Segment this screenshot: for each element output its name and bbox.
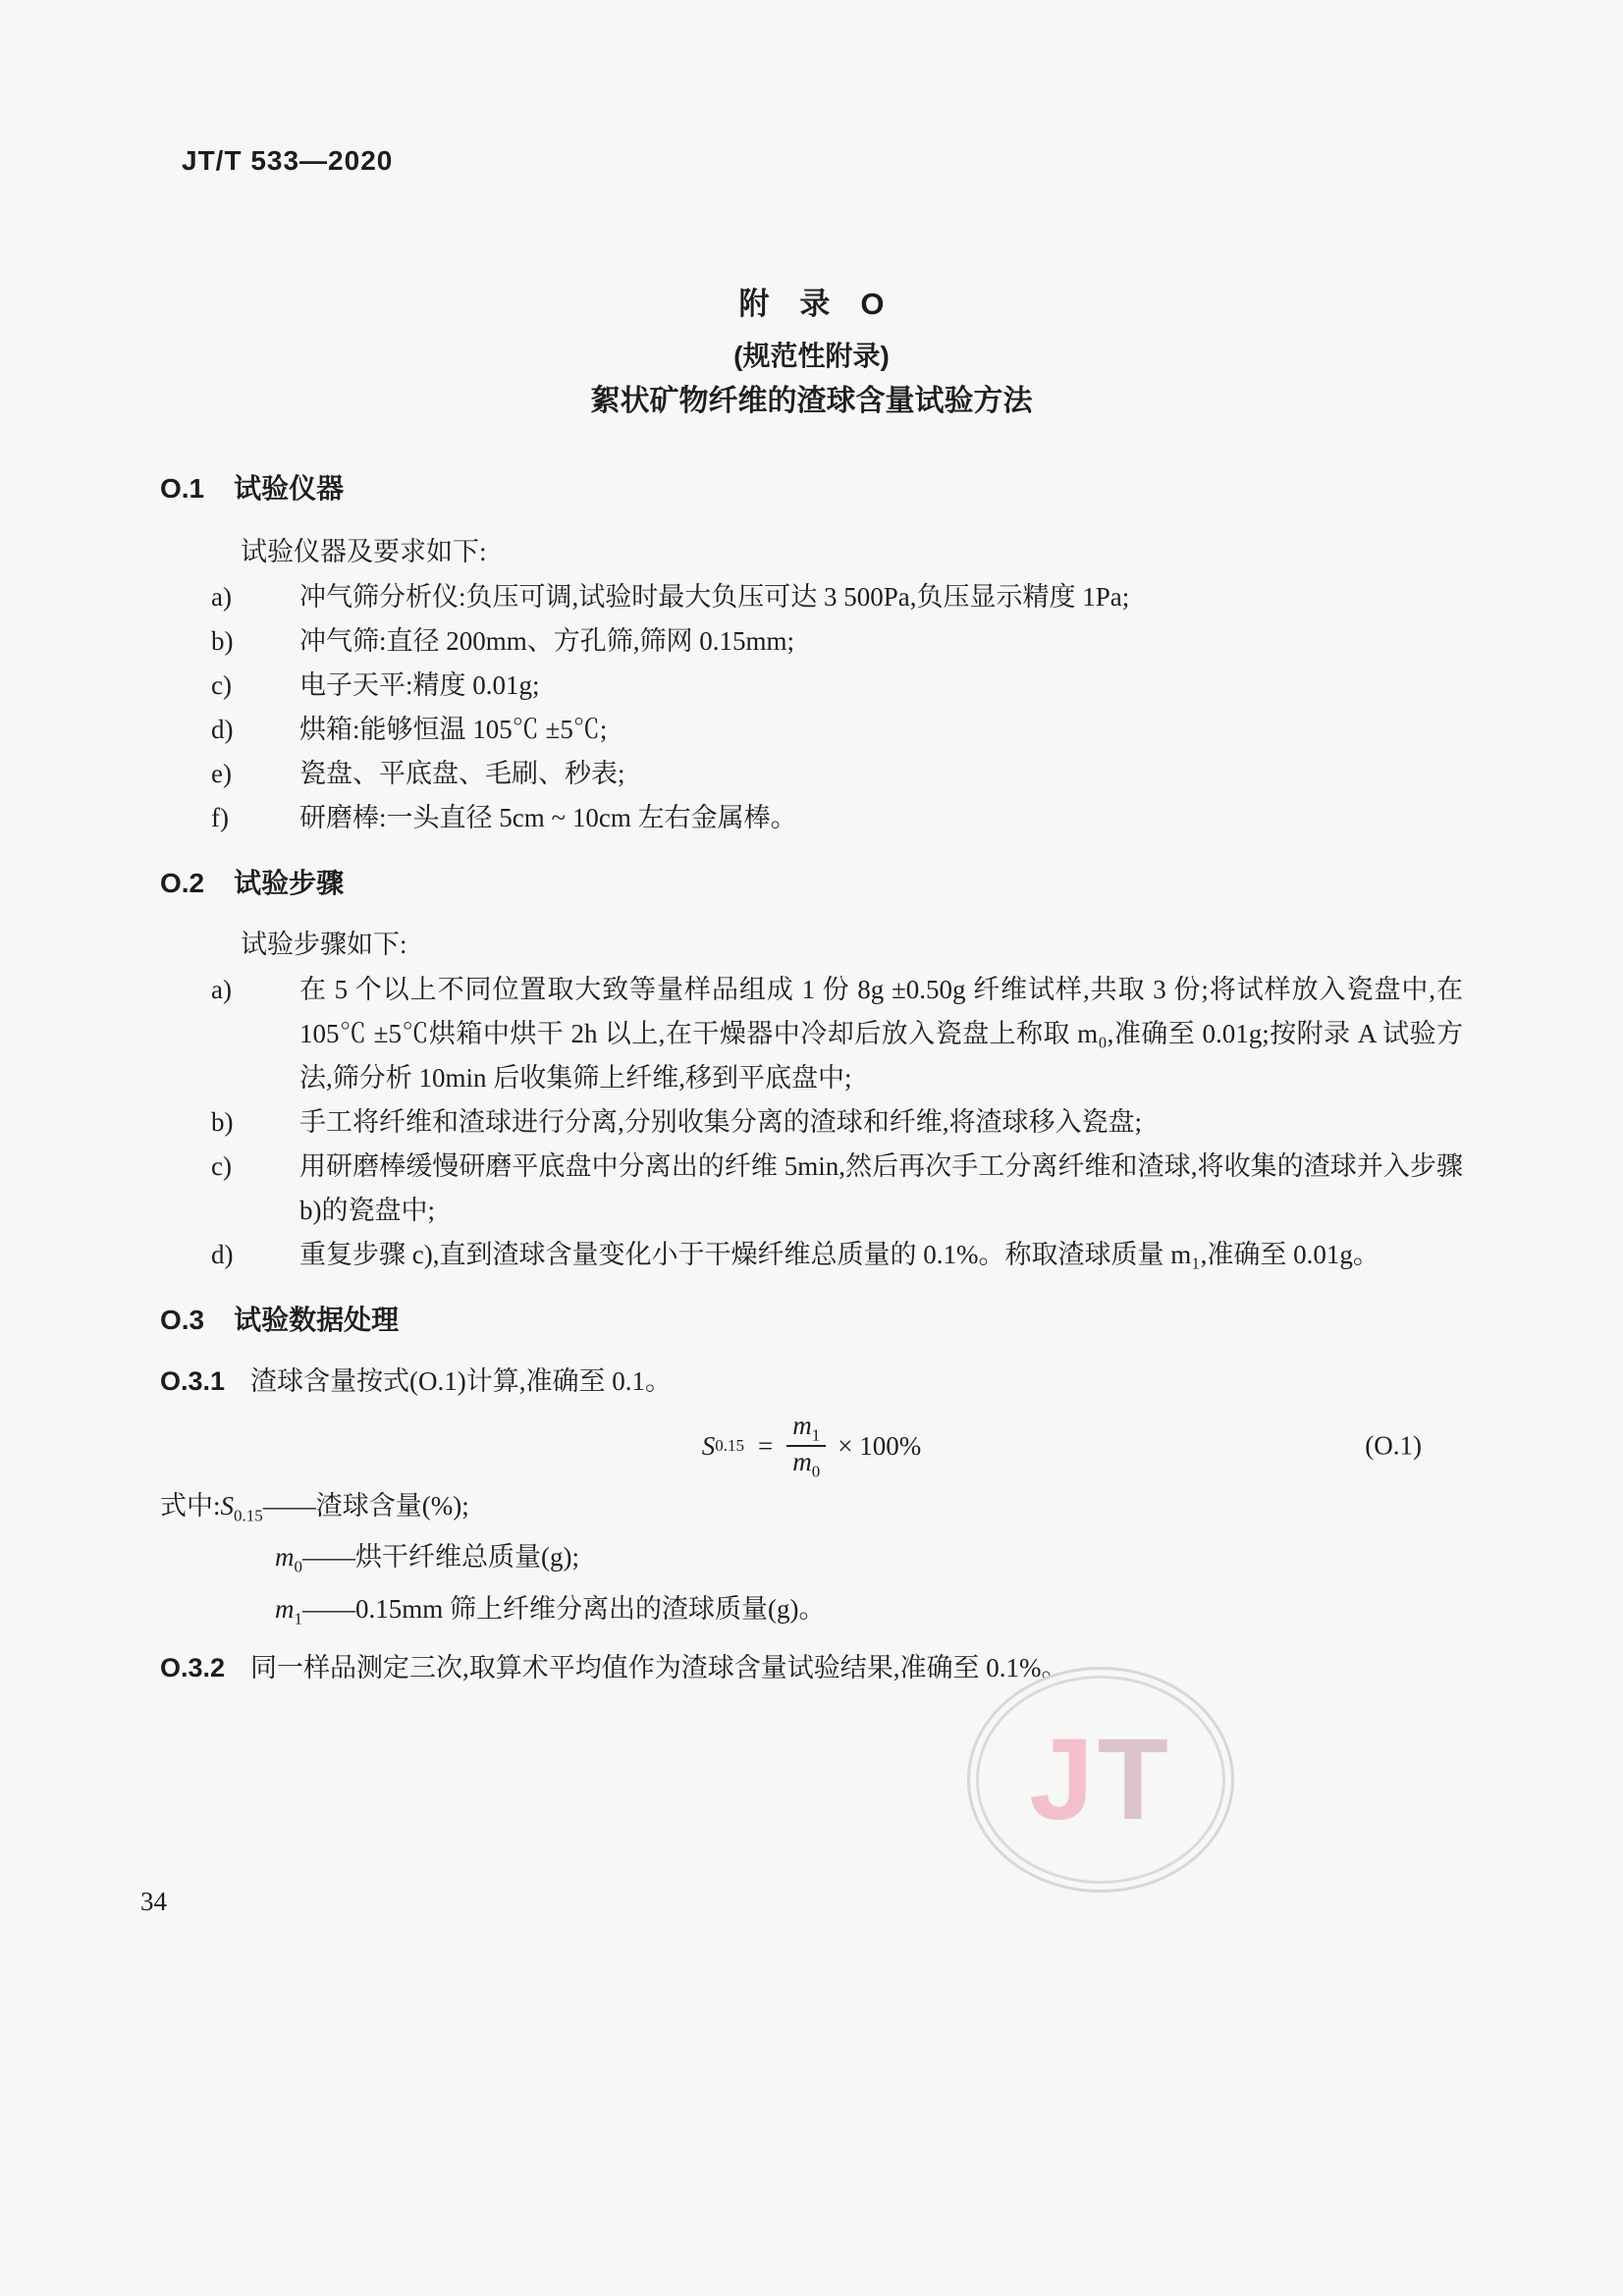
watermark-letters: JT bbox=[1029, 1722, 1172, 1838]
list-item-text: 瓷盘、平底盘、毛刷、秒表; bbox=[299, 752, 1463, 796]
section-number: O.3 bbox=[160, 1305, 204, 1335]
appendix-type: (规范性附录) bbox=[160, 338, 1463, 375]
clause-o31: O.3.1渣球含量按式(O.1)计算,准确至 0.1。 bbox=[160, 1363, 1463, 1399]
page: JT/T 533—2020 附 录 O (规范性附录) 絮状矿物纤维的渣球含量试… bbox=[0, 145, 1623, 1688]
list-item-text: 研磨棒:一头直径 5cm ~ 10cm 左右金属棒。 bbox=[299, 796, 1463, 840]
where-variable-subscript: 0.15 bbox=[234, 1506, 263, 1524]
list-item-marker: d) bbox=[211, 708, 299, 752]
appendix-title: 附 录 O bbox=[160, 285, 1463, 324]
watermark-inner-ring: JT bbox=[976, 1676, 1225, 1884]
list-item-text: 重复步骤 c),直到渣球含量变化小于干燥纤维总质量的 0.1%。称取渣球质量 m… bbox=[299, 1233, 1463, 1277]
list-item-text: 电子天平:精度 0.01g; bbox=[299, 664, 1463, 708]
where-variable-subscript: 1 bbox=[295, 1609, 303, 1628]
formula-multiplier: × 100% bbox=[838, 1431, 921, 1462]
section-heading-o2: O.2试验步骤 bbox=[160, 866, 1463, 901]
list-item-text: 烘箱:能够恒温 105℃ ±5℃; bbox=[299, 708, 1463, 752]
list-item: d) 烘箱:能够恒温 105℃ ±5℃; bbox=[211, 708, 1463, 752]
list-item: d) 重复步骤 c),直到渣球含量变化小于干燥纤维总质量的 0.1%。称取渣球质… bbox=[211, 1233, 1463, 1277]
page-number: 34 bbox=[140, 1887, 167, 1917]
list-item-marker: d) bbox=[211, 1233, 299, 1277]
formula-where-row: m1——0.15mm 筛上纤维分离出的渣球质量(g)。 bbox=[275, 1588, 1463, 1639]
watermark-letter-j: J bbox=[1029, 1715, 1098, 1844]
list-item: a) 在 5 个以上不同位置取大致等量样品组成 1 份 8g ±0.50g 纤维… bbox=[211, 968, 1463, 1100]
section-title: 试验数据处理 bbox=[234, 1305, 399, 1335]
where-description: 渣球含量(%); bbox=[316, 1491, 469, 1521]
formula-expression: S0.15 = m1 m0 × 100% bbox=[702, 1411, 921, 1482]
where-dash: —— bbox=[263, 1491, 316, 1521]
appendix-subject: 絮状矿物纤维的渣球含量试验方法 bbox=[160, 383, 1463, 420]
clause-text: 同一样品测定三次,取算术平均值作为渣球含量试验结果,准确至 0.1%。 bbox=[250, 1653, 1068, 1682]
list-item-marker: a) bbox=[211, 575, 299, 619]
equals-sign: = bbox=[758, 1431, 773, 1462]
watermark-letter-t: T bbox=[1098, 1715, 1172, 1844]
formula-where-row: m0——烘干纤维总质量(g); bbox=[275, 1536, 1463, 1587]
formula-lhs: S bbox=[702, 1431, 716, 1462]
clause-o32: O.3.2同一样品测定三次,取算术平均值作为渣球含量试验结果,准确至 0.1%。 bbox=[160, 1647, 1463, 1688]
section-number: O.1 bbox=[160, 473, 204, 504]
section-o1-list: a) 冲气筛分析仪:负压可调,试验时最大负压可达 3 500Pa,负压显示精度 … bbox=[160, 575, 1463, 840]
formula-where-row: 式中:S0.15——渣球含量(%); bbox=[160, 1485, 1463, 1536]
formula-lhs-subscript: 0.15 bbox=[715, 1436, 744, 1456]
section-heading-o3: O.3试验数据处理 bbox=[160, 1303, 1463, 1338]
denominator-variable: m bbox=[792, 1447, 812, 1476]
section-heading-o1: O.1试验仪器 bbox=[160, 471, 1463, 507]
list-item: c) 电子天平:精度 0.01g; bbox=[211, 664, 1463, 708]
section-o2-intro: 试验步骤如下: bbox=[160, 927, 1463, 962]
list-item-marker: c) bbox=[211, 1145, 299, 1233]
clause-text: 渣球含量按式(O.1)计算,准确至 0.1。 bbox=[250, 1366, 672, 1396]
where-variable: S bbox=[221, 1491, 235, 1521]
list-item: c) 用研磨棒缓慢研磨平底盘中分离出的纤维 5min,然后再次手工分离纤维和渣球… bbox=[211, 1145, 1463, 1233]
list-item-marker: f) bbox=[211, 796, 299, 840]
fraction-numerator: m1 bbox=[786, 1411, 826, 1445]
list-item-text: 在 5 个以上不同位置取大致等量样品组成 1 份 8g ±0.50g 纤维试样,… bbox=[299, 968, 1463, 1100]
section-o2-list: a) 在 5 个以上不同位置取大致等量样品组成 1 份 8g ±0.50g 纤维… bbox=[160, 968, 1463, 1277]
list-item-text: 用研磨棒缓慢研磨平底盘中分离出的纤维 5min,然后再次手工分离纤维和渣球,将收… bbox=[299, 1145, 1463, 1233]
list-item-marker: b) bbox=[211, 1100, 299, 1145]
jt-watermark: JT bbox=[967, 1667, 1234, 1893]
where-dash: —— bbox=[302, 1542, 355, 1572]
denominator-subscript: 0 bbox=[812, 1462, 821, 1480]
list-item-text: 冲气筛分析仪:负压可调,试验时最大负压可达 3 500Pa,负压显示精度 1Pa… bbox=[299, 575, 1463, 619]
section-title: 试验仪器 bbox=[234, 473, 344, 504]
where-prefix: 式中: bbox=[160, 1491, 221, 1521]
list-item: b) 冲气筛:直径 200mm、方孔筛,筛网 0.15mm; bbox=[211, 619, 1463, 664]
list-item: f) 研磨棒:一头直径 5cm ~ 10cm 左右金属棒。 bbox=[211, 796, 1463, 840]
fraction-denominator: m0 bbox=[786, 1445, 826, 1481]
list-item: b) 手工将纤维和渣球进行分离,分别收集分离的渣球和纤维,将渣球移入瓷盘; bbox=[211, 1100, 1463, 1145]
where-variable: m bbox=[275, 1542, 295, 1572]
equation-number: (O.1) bbox=[1365, 1431, 1422, 1462]
section-o1-intro: 试验仪器及要求如下: bbox=[160, 534, 1463, 569]
clause-number: O.3.1 bbox=[160, 1366, 225, 1396]
numerator-variable: m bbox=[792, 1411, 812, 1440]
list-item: e) 瓷盘、平底盘、毛刷、秒表; bbox=[211, 752, 1463, 796]
where-description: 0.15mm 筛上纤维分离出的渣球质量(g)。 bbox=[355, 1594, 826, 1624]
where-variable-subscript: 0 bbox=[295, 1558, 303, 1576]
list-item-marker: e) bbox=[211, 752, 299, 796]
list-item-marker: a) bbox=[211, 968, 299, 1100]
list-item-text: 冲气筛:直径 200mm、方孔筛,筛网 0.15mm; bbox=[299, 619, 1463, 664]
where-variable: m bbox=[275, 1594, 295, 1624]
formula-fraction: m1 m0 bbox=[786, 1411, 826, 1482]
where-description: 烘干纤维总质量(g); bbox=[355, 1542, 579, 1572]
numerator-subscript: 1 bbox=[812, 1425, 821, 1444]
list-item-text: 手工将纤维和渣球进行分离,分别收集分离的渣球和纤维,将渣球移入瓷盘; bbox=[299, 1100, 1463, 1145]
list-item: a) 冲气筛分析仪:负压可调,试验时最大负压可达 3 500Pa,负压显示精度 … bbox=[211, 575, 1463, 619]
appendix-title-block: 附 录 O (规范性附录) 絮状矿物纤维的渣球含量试验方法 bbox=[160, 285, 1463, 420]
standard-number-header: JT/T 533—2020 bbox=[182, 145, 1463, 177]
list-item-marker: b) bbox=[211, 619, 299, 664]
list-item-marker: c) bbox=[211, 664, 299, 708]
section-number: O.2 bbox=[160, 868, 204, 898]
where-dash: —— bbox=[302, 1594, 355, 1624]
clause-number: O.3.2 bbox=[160, 1653, 225, 1682]
section-title: 试验步骤 bbox=[234, 868, 344, 898]
formula: S0.15 = m1 m0 × 100% (O.1) bbox=[160, 1407, 1463, 1485]
